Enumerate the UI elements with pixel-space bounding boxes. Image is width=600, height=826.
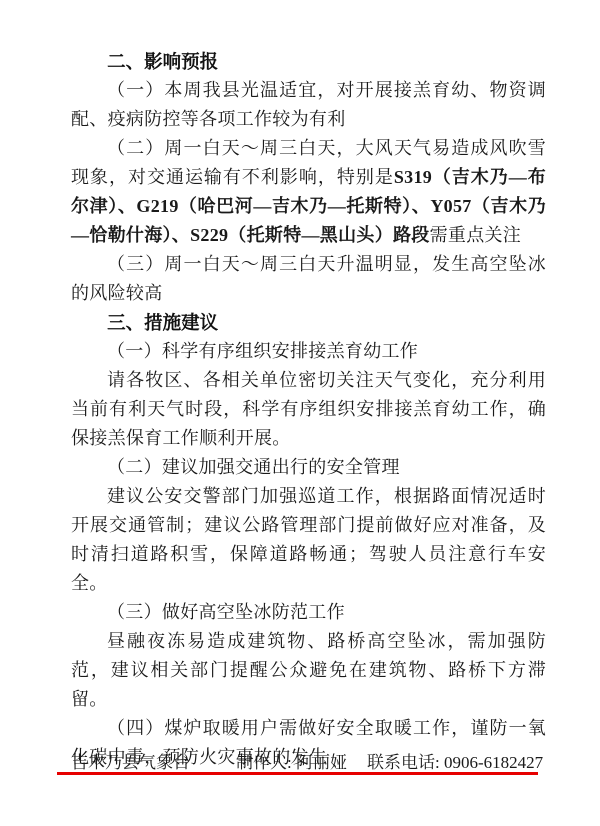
footer-station-name: 吉木乃县气象台 (71, 748, 190, 773)
section-heading-impact-forecast: 二、影响预报 (71, 47, 546, 76)
paragraph-light-temp-favorable: （一）本周我县光温适宜，对开展接羔育幼、物资调配、疫病防控等各项工作较为有利 (71, 76, 546, 134)
measure-1-title: （一）科学有序组织安排接羔育幼工作 (71, 337, 546, 366)
document-body: 二、影响预报 （一）本周我县光温适宜，对开展接羔育幼、物资调配、疫病防控等各项工… (71, 47, 546, 772)
document-footer: 吉木乃县气象台 制作人: 阿丽娅 联系电话: 0906-6182427 (0, 748, 600, 788)
measure-3-body: 昼融夜冻易造成建筑物、路桥高空坠冰，需加强防范，建议相关部门提醒公众避免在建筑物… (71, 627, 546, 714)
footer-contact-phone: 联系电话: 0906-6182427 (367, 748, 543, 773)
measure-1-body: 请各牧区、各相关单位密切关注天气变化，充分利用当前有利天气时段，科学有序组织安排… (71, 366, 546, 453)
section-heading-measures: 三、措施建议 (71, 308, 546, 337)
measure-2-title: （二）建议加强交通出行的安全管理 (71, 453, 546, 482)
measure-3-title: （三）做好高空坠冰防范工作 (71, 598, 546, 627)
footer-producer: 制作人: 阿丽娅 (236, 748, 347, 773)
measure-2-body: 建议公安交警部门加强巡道工作，根据路面情况适时开展交通管制；建议公路管理部门提前… (71, 482, 546, 598)
paragraph-wind-blown-snow: （二）周一白天～周三白天，大风天气易造成风吹雪现象，对交通运输有不利影响，特别是… (71, 134, 546, 250)
paragraph-ice-fall-risk: （三）周一白天～周三白天升温明显，发生高空坠冰的风险较高 (71, 250, 546, 308)
wind-snow-outro-text: 需重点关注 (430, 225, 522, 245)
footer-red-rule (57, 772, 538, 775)
document-page: 二、影响预报 （一）本周我县光温适宜，对开展接羔育幼、物资调配、疫病防控等各项工… (0, 0, 600, 826)
